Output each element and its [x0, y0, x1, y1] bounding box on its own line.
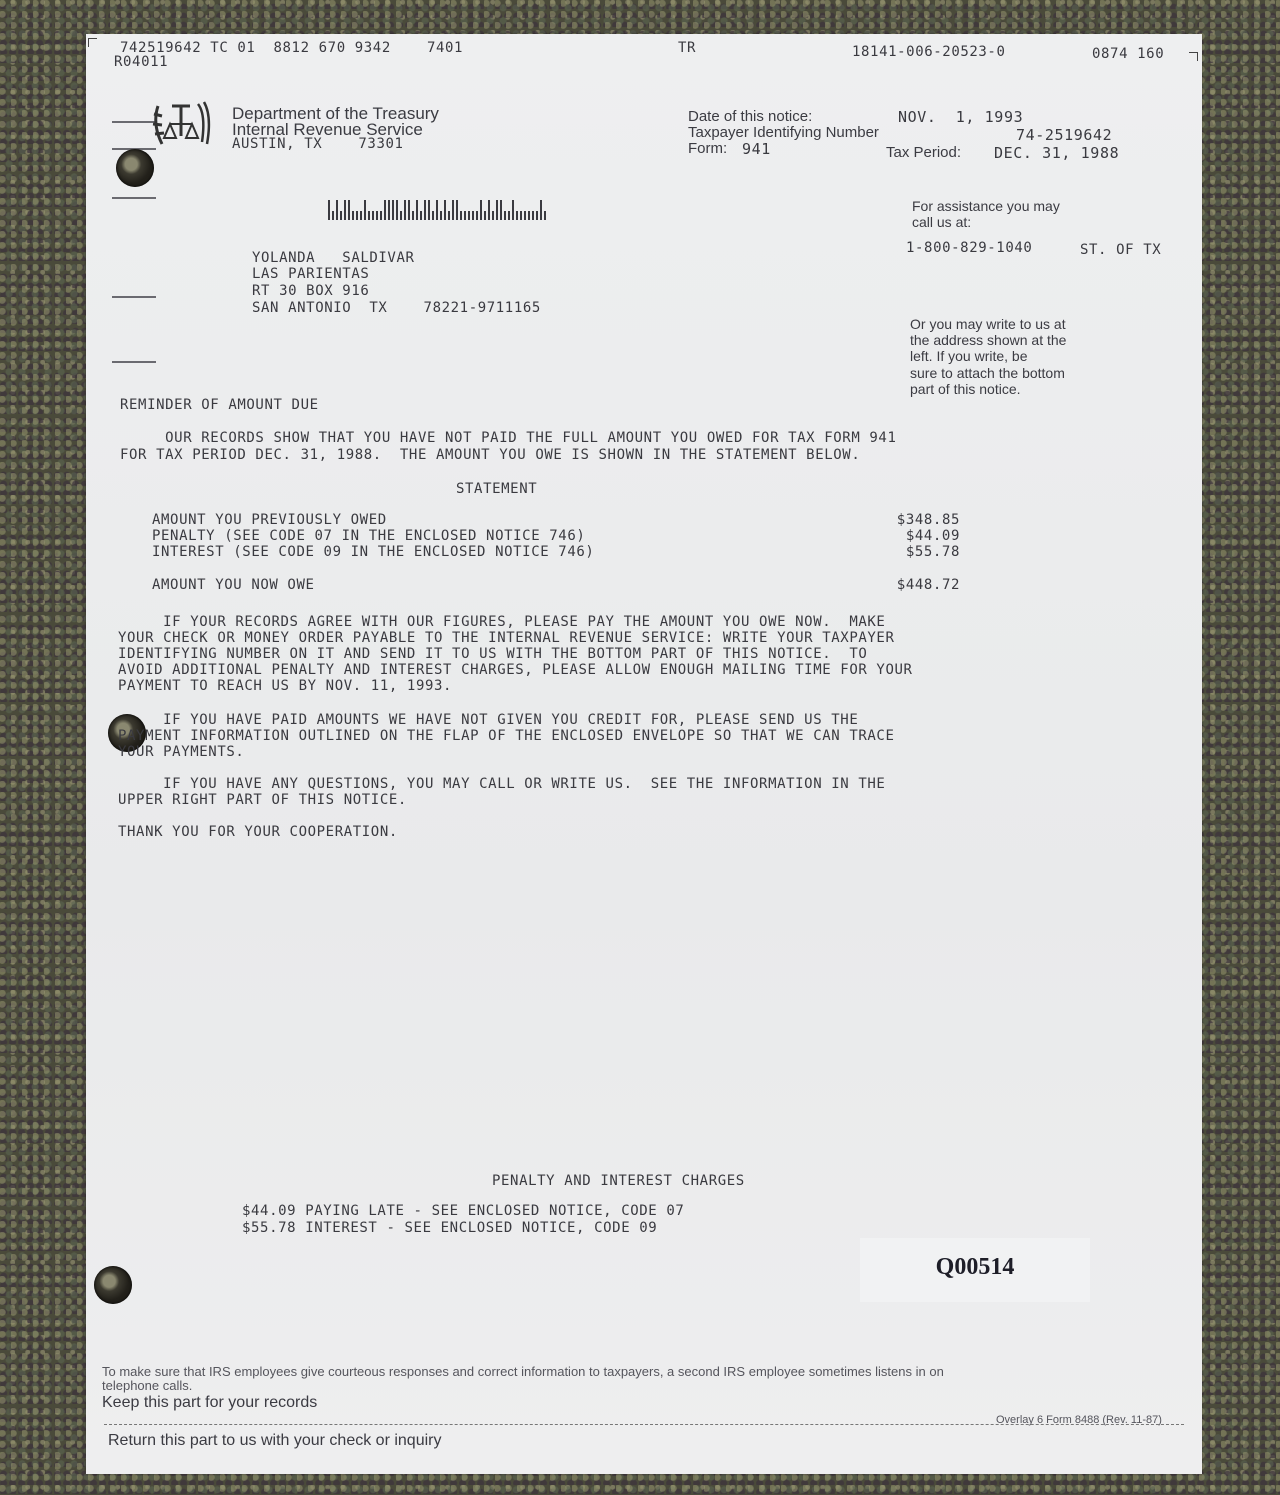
- header-code-tr: TR: [678, 40, 696, 56]
- credit-para-2: PAYMENT INFORMATION OUTLINED ON THE FLAP…: [118, 728, 894, 744]
- assist-text-1: For assistance you may: [912, 198, 1060, 214]
- disclaimer-line-1: To make sure that IRS employees give cou…: [102, 1364, 944, 1379]
- statement-label: INTEREST (SEE CODE 09 IN THE ENCLOSED NO…: [152, 544, 594, 560]
- header-code-line2: R04011: [114, 54, 168, 70]
- pay-para-3: IDENTIFYING NUMBER ON IT AND SEND IT TO …: [118, 646, 867, 662]
- header-ref-number: 18141-006-20523-0: [852, 44, 1006, 60]
- assist-state: ST. OF TX: [1080, 242, 1161, 258]
- statement-amount: $55.78: [906, 544, 960, 560]
- margin-tick: [112, 296, 156, 298]
- tin-label: Taxpayer Identifying Number: [688, 124, 879, 141]
- return-part-label: Return this part to us with your check o…: [108, 1432, 441, 1450]
- statement-amount: $348.85: [897, 512, 960, 528]
- header-code-left: 742519642 TC 01 8812 670 9342 7401: [120, 40, 463, 56]
- header-code-right: 0874 160: [1092, 46, 1164, 62]
- recipient-line-4: SAN ANTONIO TX 78221-9711165: [252, 300, 541, 316]
- punch-hole: [116, 149, 154, 187]
- write-text-1: Or you may write to us at: [910, 316, 1066, 332]
- recipient-line-3: RT 30 BOX 916: [252, 283, 369, 299]
- statement-label: PENALTY (SEE CODE 07 IN THE ENCLOSED NOT…: [152, 528, 585, 544]
- postal-barcode: [328, 200, 546, 220]
- questions-para-1: IF YOU HAVE ANY QUESTIONS, YOU MAY CALL …: [118, 776, 885, 792]
- tear-line: [104, 1424, 1184, 1425]
- pay-para-2: YOUR CHECK OR MONEY ORDER PAYABLE TO THE…: [118, 630, 894, 646]
- assist-text-2: call us at:: [912, 214, 971, 230]
- margin-tick: [112, 197, 156, 199]
- charge-line-2: $55.78 INTEREST - SEE ENCLOSED NOTICE, C…: [242, 1220, 657, 1236]
- total-amount: $448.72: [897, 577, 960, 593]
- keep-part-label: Keep this part for your records: [102, 1394, 317, 1412]
- write-text-2: the address shown at the: [910, 332, 1066, 348]
- tax-period-value: DEC. 31, 1988: [994, 144, 1119, 162]
- assist-phone: 1-800-829-1040: [906, 240, 1032, 256]
- charges-heading: PENALTY AND INTEREST CHARGES: [492, 1173, 745, 1189]
- disclaimer-line-2: telephone calls.: [102, 1378, 192, 1393]
- statement-amount: $44.09: [906, 528, 960, 544]
- write-text-5: part of this notice.: [910, 381, 1021, 397]
- charge-line-1: $44.09 PAYING LATE - SEE ENCLOSED NOTICE…: [242, 1203, 684, 1219]
- form-value: 941: [742, 140, 771, 158]
- notice-title: REMINDER OF AMOUNT DUE: [120, 397, 319, 413]
- write-text-3: left. If you write, be: [910, 348, 1028, 364]
- credit-para-1: IF YOU HAVE PAID AMOUNTS WE HAVE NOT GIV…: [118, 712, 858, 728]
- pay-para-1: IF YOUR RECORDS AGREE WITH OUR FIGURES, …: [118, 614, 885, 630]
- total-label: AMOUNT YOU NOW OWE: [152, 577, 315, 593]
- tax-period-label: Tax Period:: [886, 144, 961, 161]
- punch-hole: [94, 1266, 132, 1304]
- statement-label: AMOUNT YOU PREVIOUSLY OWED: [152, 512, 387, 528]
- intro-line-2: FOR TAX PERIOD DEC. 31, 1988. THE AMOUNT…: [120, 447, 860, 463]
- pay-para-5: PAYMENT TO REACH US BY NOV. 11, 1993.: [118, 678, 452, 694]
- margin-tick: [112, 361, 156, 363]
- corner-mark: [1189, 52, 1198, 61]
- irs-logo-icon: [148, 96, 214, 152]
- credit-para-3: YOUR PAYMENTS.: [118, 744, 244, 760]
- pay-para-4: AVOID ADDITIONAL PENALTY AND INTEREST CH…: [118, 662, 913, 678]
- corner-mark: [88, 38, 97, 47]
- agency-address: AUSTIN, TX 73301: [232, 136, 404, 152]
- stamp-id: Q00514: [860, 1254, 1090, 1281]
- intro-line-1: OUR RECORDS SHOW THAT YOU HAVE NOT PAID …: [120, 430, 896, 446]
- questions-para-2: UPPER RIGHT PART OF THIS NOTICE.: [118, 792, 407, 808]
- notice-date-label: Date of this notice:: [688, 108, 812, 125]
- write-text-4: sure to attach the bottom: [910, 365, 1065, 381]
- form-label: Form:: [688, 140, 727, 157]
- tin-value: 74-2519642: [1016, 126, 1112, 144]
- document-stamp: Q00514: [860, 1238, 1090, 1302]
- closing-text: THANK YOU FOR YOUR COOPERATION.: [118, 824, 398, 840]
- statement-heading: STATEMENT: [456, 481, 537, 497]
- recipient-line-2: LAS PARIENTAS: [252, 266, 369, 282]
- notice-date: NOV. 1, 1993: [898, 108, 1023, 126]
- recipient-name: YOLANDA SALDIVAR: [252, 250, 415, 266]
- irs-notice-page: 742519642 TC 01 8812 670 9342 7401 TR 18…: [86, 34, 1202, 1474]
